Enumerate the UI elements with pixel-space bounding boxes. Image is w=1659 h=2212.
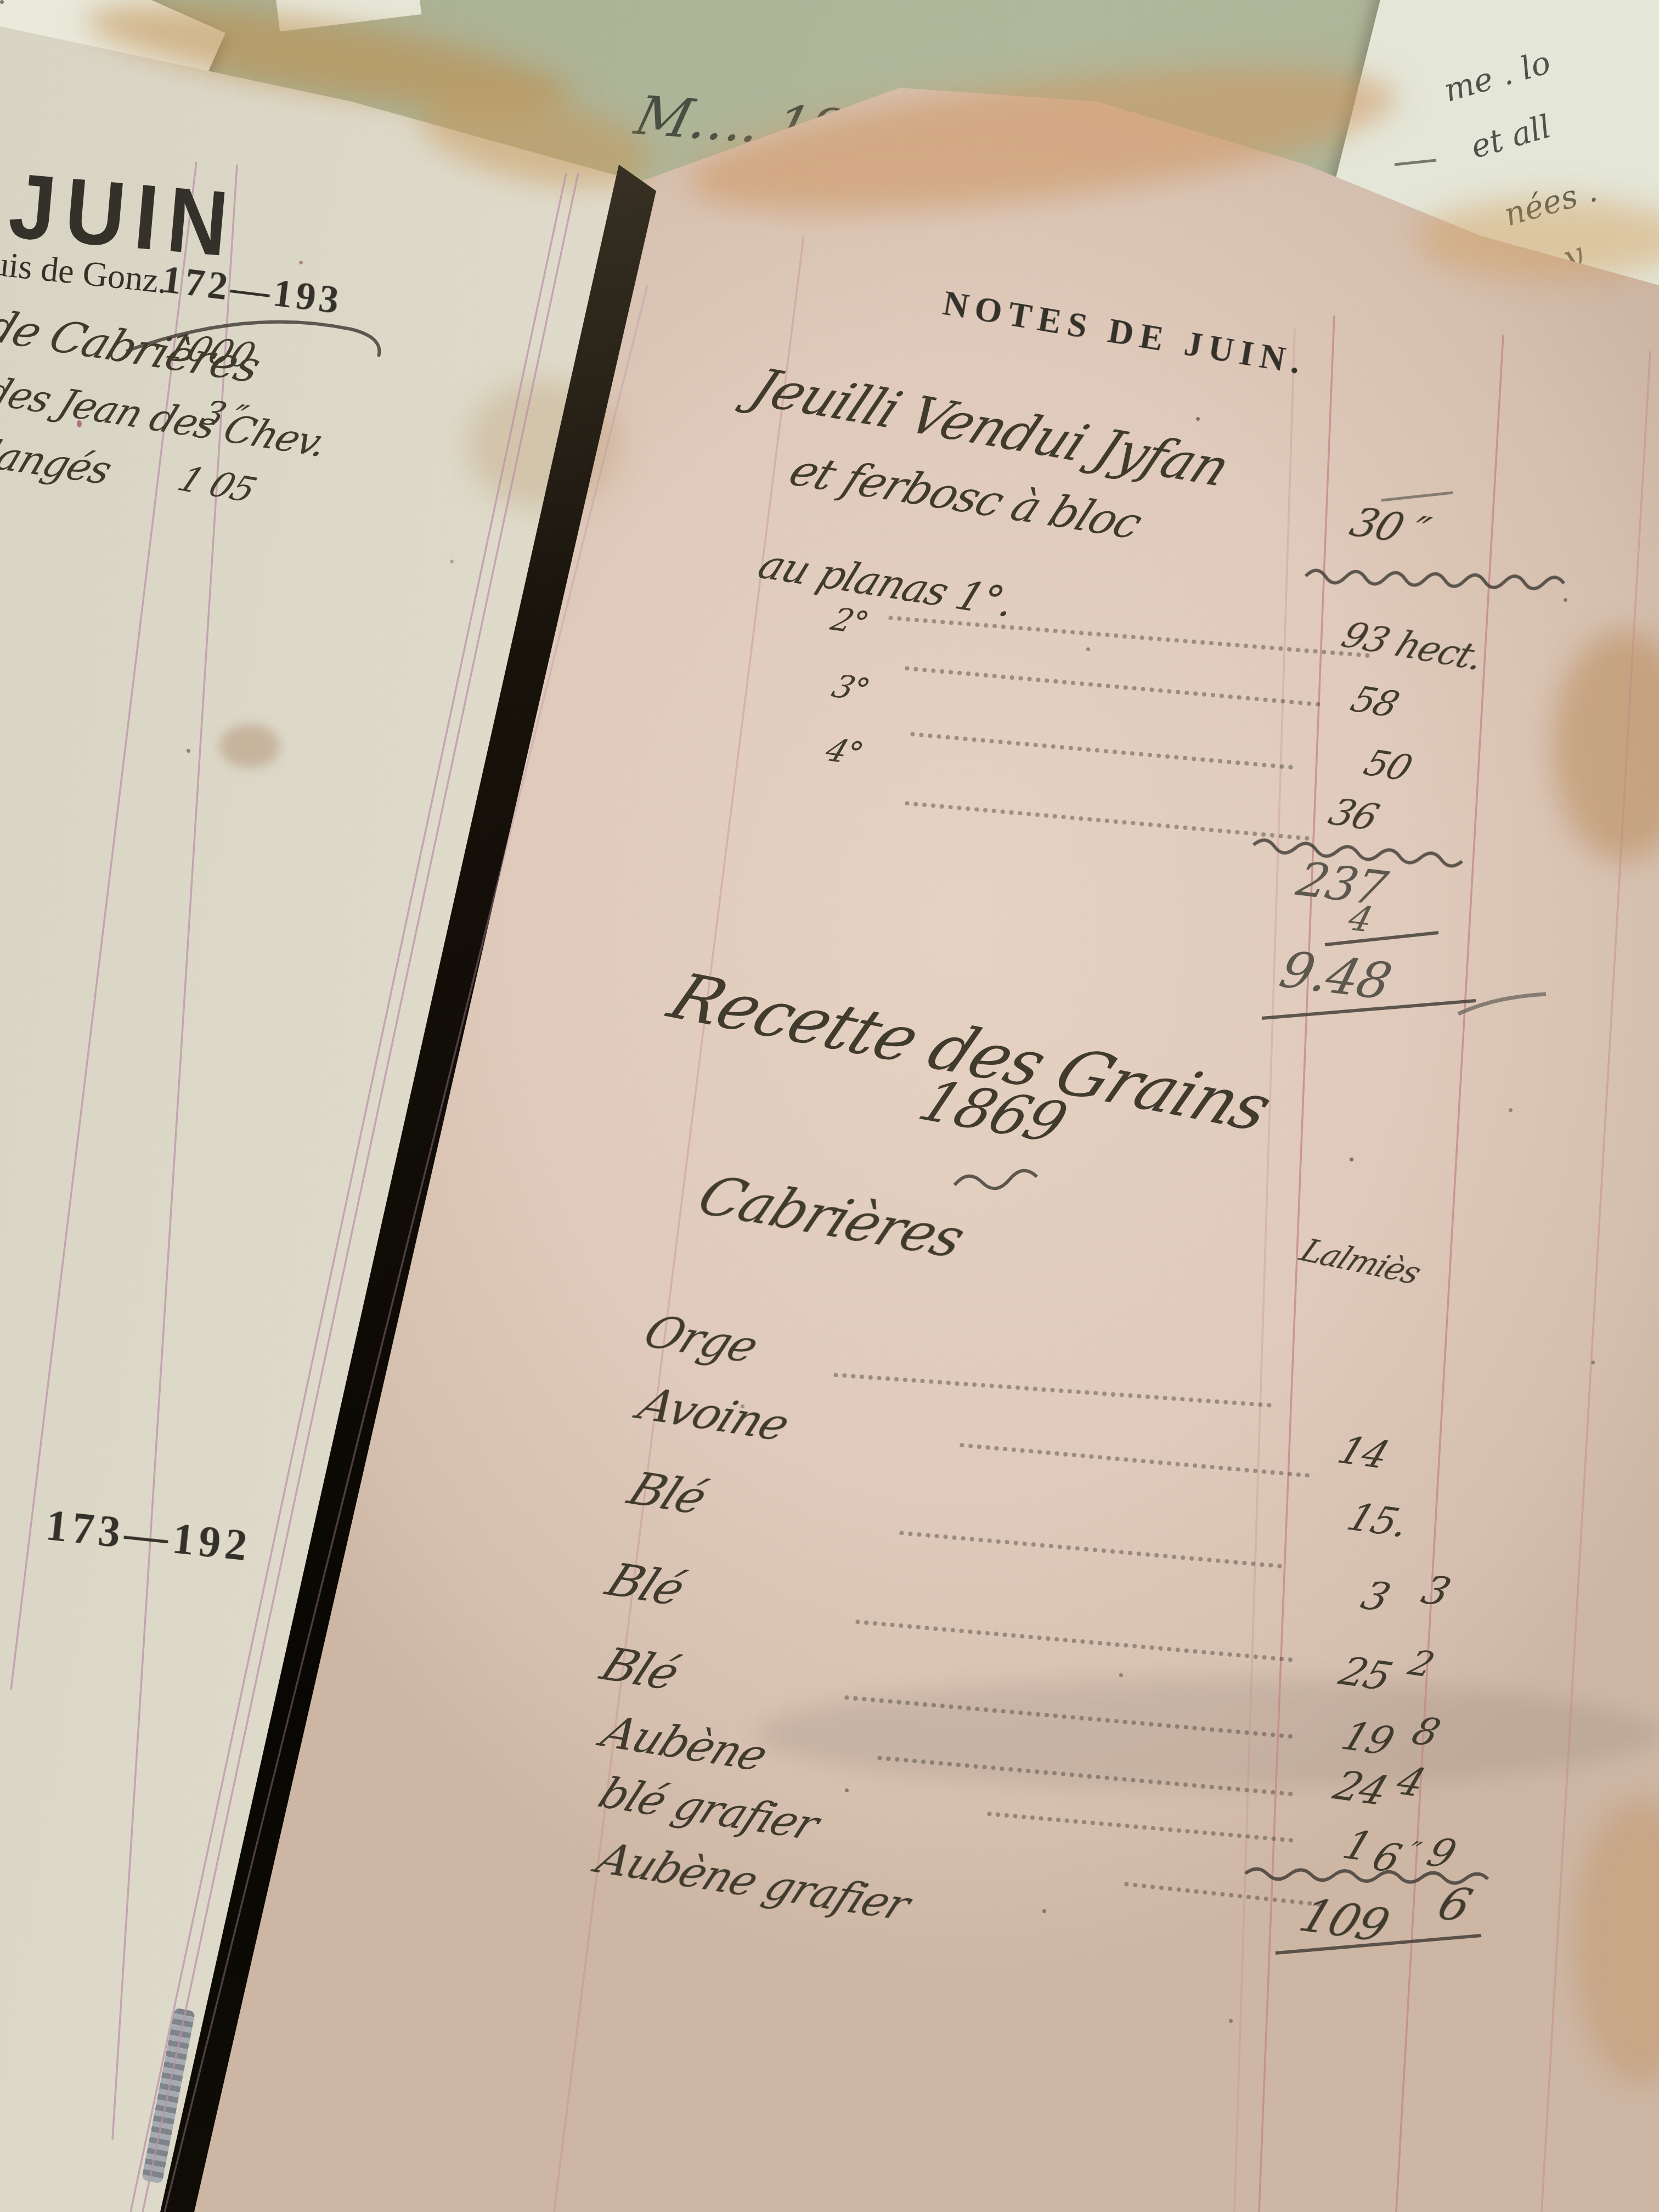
ledger-entry-value: 1000 bbox=[161, 329, 258, 373]
planas-sum: 237 bbox=[1293, 856, 1391, 912]
ledger-photo: me . lo et all nées . y ″ lan M…. 1862. bbox=[0, 0, 1659, 2212]
grain-total: 109 bbox=[1294, 1893, 1394, 1949]
planas-result: 9.48 bbox=[1275, 945, 1395, 1007]
note-value: 30 ″ bbox=[1345, 502, 1434, 551]
